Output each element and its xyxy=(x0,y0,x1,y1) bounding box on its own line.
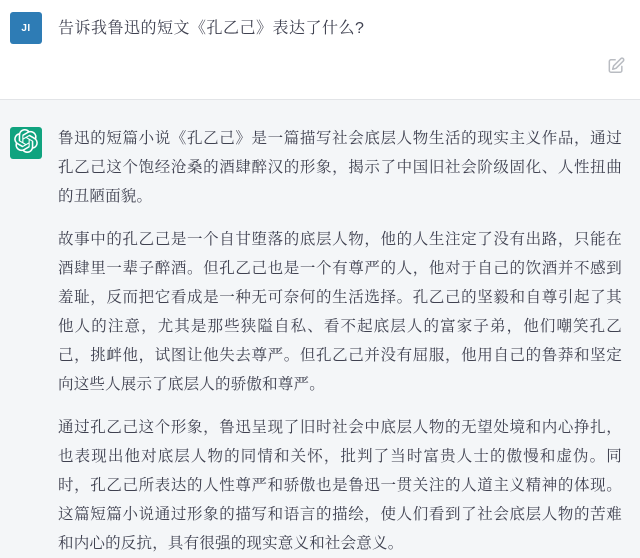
assistant-paragraph: 鲁迅的短篇小说《孔乙己》是一篇描写社会底层人物生活的现实主义作品，通过孔乙己这个… xyxy=(58,124,622,211)
assistant-paragraph: 故事中的孔乙己是一个自甘堕落的底层人物，他的人生注定了没有出路，只能在酒肆里一辈… xyxy=(58,225,622,399)
assistant-answer-text: 鲁迅的短篇小说《孔乙己》是一篇描写社会底层人物生活的现实主义作品，通过孔乙己这个… xyxy=(58,124,622,558)
edit-pencil-icon xyxy=(604,56,628,76)
user-question-text: 告诉我鲁迅的短文《孔乙己》表达了什么? xyxy=(58,16,610,42)
assistant-avatar xyxy=(10,127,42,159)
user-message-row: JI 告诉我鲁迅的短文《孔乙己》表达了什么? xyxy=(0,0,640,99)
chat-conversation: JI 告诉我鲁迅的短文《孔乙己》表达了什么? 鲁迅的短篇小说《孔乙己》是一篇描写… xyxy=(0,0,640,558)
openai-logo-icon xyxy=(14,129,38,158)
assistant-message-row: 鲁迅的短篇小说《孔乙己》是一篇描写社会底层人物生活的现实主义作品，通过孔乙己这个… xyxy=(0,99,640,558)
user-avatar-initials: JI xyxy=(21,23,30,34)
edit-message-button[interactable] xyxy=(604,54,628,78)
assistant-paragraph: 通过孔乙己这个形象，鲁迅呈现了旧时社会中底层人物的无望处境和内心挣扎，也表现出他… xyxy=(58,413,622,558)
user-avatar: JI xyxy=(10,12,42,44)
